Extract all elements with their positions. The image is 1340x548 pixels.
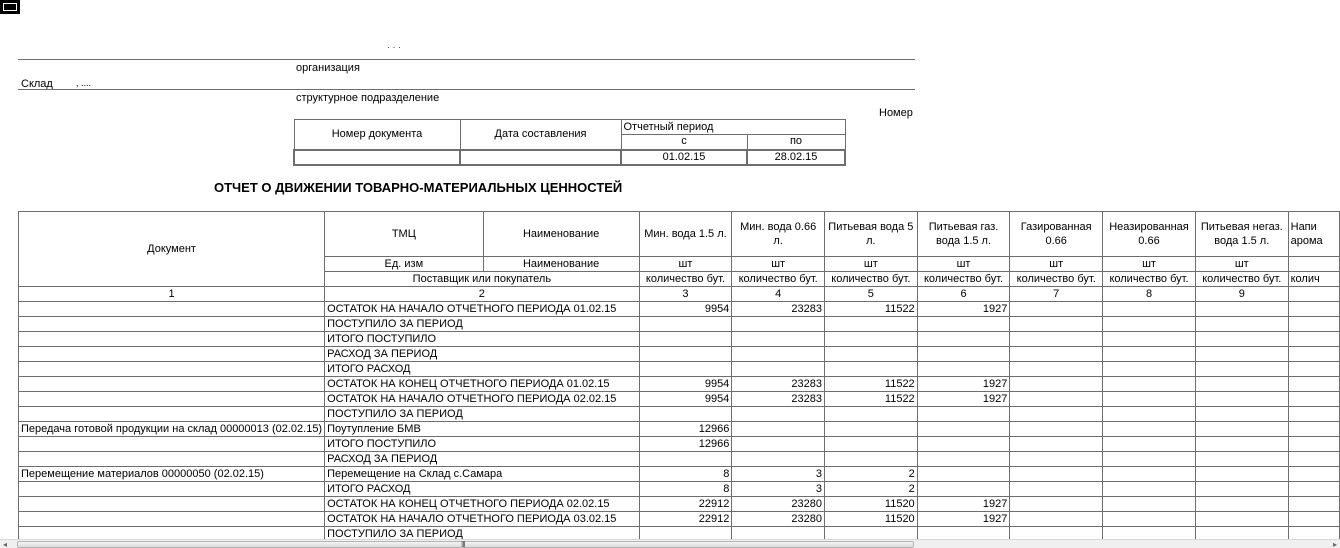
quantity-cell [732, 332, 825, 347]
table-row: Передача готовой продукции на склад 0000… [19, 422, 1340, 437]
quantity-cell [917, 422, 1010, 437]
quantity-cell [917, 437, 1010, 452]
quantity-cell [1288, 452, 1339, 467]
obscured-text: · · · [387, 42, 401, 52]
quantity-cell [1103, 347, 1196, 362]
quantity-cell [1010, 317, 1103, 332]
quantity-cell [1010, 362, 1103, 377]
quantity-cell [917, 317, 1010, 332]
product-unit: шт [825, 257, 918, 272]
document-cell [19, 392, 325, 407]
quantity-cell [1103, 317, 1196, 332]
quantity-cell [1288, 482, 1339, 497]
quantity-cell [1010, 392, 1103, 407]
quantity-cell: 11522 [825, 377, 918, 392]
description-cell: ИТОГО РАСХОД [325, 482, 640, 497]
document-cell [19, 347, 325, 362]
quantity-cell [1288, 512, 1339, 527]
quantity-cell [1010, 332, 1103, 347]
quantity-cell [1103, 377, 1196, 392]
quantity-cell [1103, 512, 1196, 527]
product-column-header: Мин. вода 0.66 л. [732, 212, 825, 257]
date-header: Дата составления [460, 120, 621, 150]
report-title: ОТЧЕТ О ДВИЖЕНИИ ТОВАРНО-МАТЕРИАЛЬНЫХ ЦЕ… [214, 180, 622, 195]
quantity-cell [1103, 392, 1196, 407]
quantity-cell: 23280 [732, 512, 825, 527]
column-number: 5 [825, 287, 918, 302]
name2-header: Наименование [483, 257, 639, 272]
quantity-cell [732, 362, 825, 377]
quantity-cell [1195, 437, 1288, 452]
quantity-cell [917, 332, 1010, 347]
division-line [18, 89, 915, 90]
quantity-cell [732, 422, 825, 437]
document-cell [19, 407, 325, 422]
product-measure: количество бут. [917, 272, 1010, 287]
quantity-cell [1195, 482, 1288, 497]
quantity-cell [1288, 332, 1339, 347]
quantity-cell: 3 [732, 467, 825, 482]
quantity-cell [1288, 407, 1339, 422]
scroll-left-arrow-icon[interactable]: ◂ [3, 540, 7, 548]
quantity-cell: 23283 [732, 392, 825, 407]
quantity-cell [825, 332, 918, 347]
description-cell: ОСТАТОК НА НАЧАЛО ОТЧЕТНОГО ПЕРИОДА 03.0… [325, 512, 640, 527]
document-cell [19, 377, 325, 392]
product-unit: шт [1010, 257, 1103, 272]
period-from-value: 01.02.15 [621, 150, 747, 165]
quantity-cell [1103, 362, 1196, 377]
description-cell: РАСХОД ЗА ПЕРИОД [325, 347, 640, 362]
warehouse-value: , .... [76, 78, 91, 88]
quantity-cell [1195, 407, 1288, 422]
doc-number-header: Номер документа [294, 120, 460, 150]
table-row: Перемещение материалов 00000050 (02.02.1… [19, 467, 1340, 482]
quantity-cell: 9954 [639, 302, 732, 317]
product-column-header: Напи арома [1288, 212, 1339, 257]
scrollbar-grip-icon: III [461, 540, 465, 548]
quantity-cell [1195, 362, 1288, 377]
quantity-cell [1288, 392, 1339, 407]
product-column-header: Питьевая вода 5 л. [825, 212, 918, 257]
table-row: РАСХОД ЗА ПЕРИОД [19, 347, 1340, 362]
division-label: структурное подразделение [296, 92, 439, 104]
period-header: Отчетный период [621, 120, 845, 135]
document-cell [19, 452, 325, 467]
supplier-header: Поставщик или покупатель [325, 272, 640, 287]
quantity-cell [1288, 422, 1339, 437]
quantity-cell [825, 422, 918, 437]
quantity-cell [1288, 467, 1339, 482]
description-cell: ОСТАТОК НА НАЧАЛО ОТЧЕТНОГО ПЕРИОДА 02.0… [325, 392, 640, 407]
window-control-icon[interactable] [0, 0, 20, 14]
product-column-header: Питьевая негаз. вода 1.5 л. [1195, 212, 1288, 257]
quantity-cell [639, 317, 732, 332]
quantity-cell [825, 407, 918, 422]
product-column-header: Газированная 0.66 [1010, 212, 1103, 257]
quantity-cell [917, 407, 1010, 422]
product-unit: шт [639, 257, 732, 272]
quantity-cell [1195, 302, 1288, 317]
quantity-cell [1195, 452, 1288, 467]
description-cell: ИТОГО ПОСТУПИЛО [325, 332, 640, 347]
table-row: ОСТАТОК НА НАЧАЛО ОТЧЕТНОГО ПЕРИОДА 02.0… [19, 392, 1340, 407]
quantity-cell [825, 452, 918, 467]
quantity-cell [1103, 467, 1196, 482]
description-cell: ПОСТУПИЛО ЗА ПЕРИОД [325, 407, 640, 422]
name-header: Наименование [483, 212, 639, 257]
product-measure: количество бут. [1103, 272, 1196, 287]
quantity-cell [1103, 437, 1196, 452]
horizontal-scrollbar[interactable]: ◂ III ▸ [0, 539, 1340, 548]
quantity-cell: 1927 [917, 512, 1010, 527]
column-number [1288, 287, 1339, 302]
column-number: 8 [1103, 287, 1196, 302]
quantity-cell [1288, 347, 1339, 362]
quantity-cell: 23283 [732, 302, 825, 317]
product-measure: количество бут. [639, 272, 732, 287]
document-cell [19, 302, 325, 317]
product-measure: количество бут. [732, 272, 825, 287]
table-row: ОСТАТОК НА НАЧАЛО ОТЧЕТНОГО ПЕРИОДА 03.0… [19, 512, 1340, 527]
table-row: ОСТАТОК НА КОНЕЦ ОТЧЕТНОГО ПЕРИОДА 02.02… [19, 497, 1340, 512]
quantity-cell [1103, 482, 1196, 497]
quantity-cell [1103, 497, 1196, 512]
quantity-cell [1010, 302, 1103, 317]
quantity-cell [1288, 377, 1339, 392]
quantity-cell [1103, 452, 1196, 467]
quantity-cell: 23280 [732, 497, 825, 512]
quantity-cell [1103, 332, 1196, 347]
quantity-cell: 8 [639, 467, 732, 482]
quantity-cell [639, 347, 732, 362]
quantity-cell [1195, 512, 1288, 527]
quantity-cell [1103, 302, 1196, 317]
quantity-cell [917, 467, 1010, 482]
quantity-cell [1288, 317, 1339, 332]
period-table: Номер документа Дата составления Отчетны… [293, 119, 846, 166]
quantity-cell [825, 437, 918, 452]
quantity-cell [732, 437, 825, 452]
date-value [460, 150, 621, 165]
product-measure: количество бут. [1010, 272, 1103, 287]
column-number: 9 [1195, 287, 1288, 302]
quantity-cell: 11520 [825, 512, 918, 527]
quantity-cell [917, 347, 1010, 362]
period-to-header: по [747, 135, 845, 150]
quantity-cell [1010, 497, 1103, 512]
table-row: ИТОГО РАСХОД832 [19, 482, 1340, 497]
table-row: ИТОГО ПОСТУПИЛО12966 [19, 437, 1340, 452]
description-cell: ИТОГО ПОСТУПИЛО [325, 437, 640, 452]
table-row: РАСХОД ЗА ПЕРИОД [19, 452, 1340, 467]
number-label: Номер [879, 107, 913, 119]
quantity-cell [1288, 302, 1339, 317]
quantity-cell [1010, 422, 1103, 437]
quantity-cell [1195, 332, 1288, 347]
product-unit: шт [917, 257, 1010, 272]
quantity-cell [1010, 452, 1103, 467]
product-column-header: Неазированная 0.66 [1103, 212, 1196, 257]
quantity-cell: 22912 [639, 497, 732, 512]
quantity-cell [1103, 422, 1196, 437]
product-measure: количество бут. [1195, 272, 1288, 287]
table-row: ОСТАТОК НА КОНЕЦ ОТЧЕТНОГО ПЕРИОДА 01.02… [19, 377, 1340, 392]
quantity-cell [825, 362, 918, 377]
quantity-cell [639, 452, 732, 467]
quantity-cell [1010, 377, 1103, 392]
column-number: 7 [1010, 287, 1103, 302]
quantity-cell [1103, 407, 1196, 422]
quantity-cell [917, 452, 1010, 467]
column-number: 4 [732, 287, 825, 302]
table-row: ПОСТУПИЛО ЗА ПЕРИОД [19, 317, 1340, 332]
quantity-cell [732, 452, 825, 467]
quantity-cell: 1927 [917, 497, 1010, 512]
quantity-cell [825, 347, 918, 362]
product-column-header: Питьевая газ. вода 1.5 л. [917, 212, 1010, 257]
quantity-cell [1010, 437, 1103, 452]
quantity-cell [825, 317, 918, 332]
quantity-cell: 1927 [917, 392, 1010, 407]
table-row: ИТОГО РАСХОД [19, 362, 1340, 377]
inventory-movement-table: Документ ТМЦ Наименование Мин. вода 1.5 … [18, 211, 1340, 542]
quantity-cell [917, 362, 1010, 377]
quantity-cell [732, 407, 825, 422]
product-unit: шт [732, 257, 825, 272]
document-cell: Передача готовой продукции на склад 0000… [19, 422, 325, 437]
table-row: ИТОГО ПОСТУПИЛО [19, 332, 1340, 347]
quantity-cell [639, 332, 732, 347]
quantity-cell: 9954 [639, 377, 732, 392]
quantity-cell: 11522 [825, 302, 918, 317]
quantity-cell: 9954 [639, 392, 732, 407]
quantity-cell: 2 [825, 467, 918, 482]
product-unit: шт [1103, 257, 1196, 272]
table-row: ОСТАТОК НА НАЧАЛО ОТЧЕТНОГО ПЕРИОДА 01.0… [19, 302, 1340, 317]
quantity-cell [1288, 497, 1339, 512]
document-cell [19, 482, 325, 497]
quantity-cell [1195, 392, 1288, 407]
description-cell: ПОСТУПИЛО ЗА ПЕРИОД [325, 317, 640, 332]
description-cell: РАСХОД ЗА ПЕРИОД [325, 452, 640, 467]
table-row: ПОСТУПИЛО ЗА ПЕРИОД [19, 407, 1340, 422]
quantity-cell [1195, 377, 1288, 392]
quantity-cell: 12966 [639, 437, 732, 452]
quantity-cell: 12966 [639, 422, 732, 437]
period-from-header: с [621, 135, 747, 150]
quantity-cell: 1927 [917, 302, 1010, 317]
document-cell [19, 332, 325, 347]
quantity-cell [732, 317, 825, 332]
column-number-2: 2 [325, 287, 640, 302]
organization-label: организация [296, 62, 360, 74]
scrollbar-thumb[interactable]: III [17, 541, 914, 548]
quantity-cell [917, 482, 1010, 497]
column-number: 3 [639, 287, 732, 302]
quantity-cell [1195, 422, 1288, 437]
description-cell: ОСТАТОК НА КОНЕЦ ОТЧЕТНОГО ПЕРИОДА 01.02… [325, 377, 640, 392]
quantity-cell: 23283 [732, 377, 825, 392]
quantity-cell: 8 [639, 482, 732, 497]
description-cell: ОСТАТОК НА НАЧАЛО ОТЧЕТНОГО ПЕРИОДА 01.0… [325, 302, 640, 317]
description-cell: ОСТАТОК НА КОНЕЦ ОТЧЕТНОГО ПЕРИОДА 02.02… [325, 497, 640, 512]
tmc-header: ТМЦ [325, 212, 483, 257]
product-measure: количество бут. [825, 272, 918, 287]
quantity-cell [1010, 347, 1103, 362]
quantity-cell [1010, 467, 1103, 482]
description-cell: Поутупление БМВ [325, 422, 640, 437]
quantity-cell: 11520 [825, 497, 918, 512]
description-cell: ИТОГО РАСХОД [325, 362, 640, 377]
quantity-cell: 22912 [639, 512, 732, 527]
organization-line [18, 59, 915, 60]
column-number-1: 1 [19, 287, 325, 302]
description-cell: Перемещение на Склад с.Самара [325, 467, 640, 482]
doc-number-value [294, 150, 460, 165]
document-cell [19, 512, 325, 527]
product-column-header: Мин. вода 1.5 л. [639, 212, 732, 257]
quantity-cell [1195, 467, 1288, 482]
quantity-cell: 1927 [917, 377, 1010, 392]
document-cell [19, 317, 325, 332]
quantity-cell [732, 347, 825, 362]
quantity-cell [1010, 407, 1103, 422]
quantity-cell [639, 407, 732, 422]
document-cell: Перемещение материалов 00000050 (02.02.1… [19, 467, 325, 482]
quantity-cell: 11522 [825, 392, 918, 407]
product-unit: шт [1195, 257, 1288, 272]
quantity-cell [1288, 437, 1339, 452]
document-cell [19, 497, 325, 512]
document-cell [19, 362, 325, 377]
column-number: 6 [917, 287, 1010, 302]
quantity-cell [1010, 512, 1103, 527]
quantity-cell [639, 362, 732, 377]
quantity-cell: 2 [825, 482, 918, 497]
quantity-cell [1010, 482, 1103, 497]
product-unit [1288, 257, 1339, 272]
period-to-value: 28.02.15 [747, 150, 845, 165]
quantity-cell [1195, 347, 1288, 362]
unit-header: Ед. изм [325, 257, 483, 272]
product-measure: колич [1288, 272, 1339, 287]
scroll-right-arrow-icon[interactable]: ▸ [1333, 540, 1337, 548]
quantity-cell: 3 [732, 482, 825, 497]
document-cell [19, 437, 325, 452]
quantity-cell [1288, 362, 1339, 377]
document-header: Документ [19, 212, 325, 287]
quantity-cell [1195, 317, 1288, 332]
quantity-cell [1195, 497, 1288, 512]
